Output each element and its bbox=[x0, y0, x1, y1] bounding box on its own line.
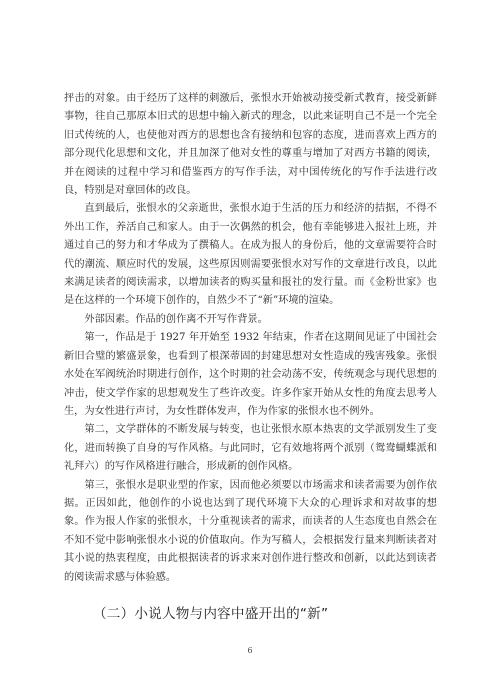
paragraph-4: 第一，作品是于 1927 年开始至 1932 年结束，作者在这期间见证了中国社会… bbox=[64, 329, 437, 421]
body-text: 抨击的对象。由于经历了这样的刺激后，张恨水开始被动接受新式教育，接受新鲜事物，往… bbox=[64, 90, 437, 587]
document-page: 抨击的对象。由于经历了这样的刺激后，张恨水开始被动接受新式教育，接受新鲜事物，往… bbox=[0, 0, 500, 698]
paragraph-2: 直到最后，张恨水的父亲逝世，张恨水迫于生活的压力和经济的拮据，不得不外出工作，养… bbox=[64, 200, 437, 310]
paragraph-5: 第二，文学群体的不断发展与转变，也让张恨水原本热衷的文学派别发生了变化，进而转换… bbox=[64, 421, 437, 476]
section-heading: （二）小说人物与内容中盛开出的“新” bbox=[93, 602, 328, 622]
page-number: 6 bbox=[244, 646, 256, 655]
paragraph-1: 抨击的对象。由于经历了这样的刺激后，张恨水开始被动接受新式教育，接受新鲜事物，往… bbox=[64, 90, 437, 200]
paragraph-3: 外部因素。作品的创作离不开写作背景。 bbox=[64, 311, 437, 329]
paragraph-6: 第三，张恨水是职业型的作家，因而他必须要以市场需求和读者需要为创作依据。正因如此… bbox=[64, 477, 437, 587]
